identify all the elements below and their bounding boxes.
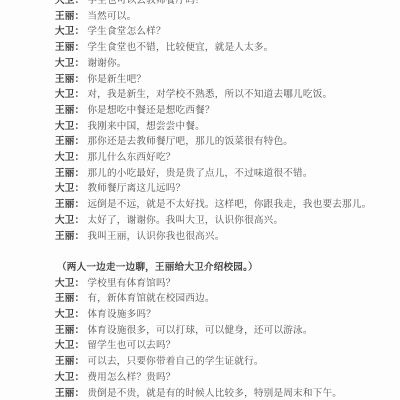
dialogue-text: 学生食堂也不错，比较便宜，就是人太多。 (87, 42, 273, 53)
dialogue-text: 留学生也可以去吗？ (87, 340, 175, 351)
dialogue-line: 大卫：留学生也可以去吗？ (55, 338, 380, 354)
dialogue-line: 王丽：可以去，只要你带着自己的学生证就行。 (55, 354, 380, 370)
dialogue-line: 王丽：那你还是去教师餐厅吧，那儿的饭菜很有特色。 (55, 134, 380, 150)
speaker-label: 大卫： (55, 58, 84, 69)
speaker-label: 大卫： (55, 0, 84, 6)
dialogue-text: 学生食堂怎么样？ (87, 26, 165, 37)
dialogue-line: 大卫：教师餐厅离这儿远吗？ (55, 181, 380, 197)
dialogue-text: 学校里有体育馆吗？ (87, 278, 175, 289)
dialogue-line: 王丽：学生食堂也不错，比较便宜，就是人太多。 (55, 40, 380, 56)
speaker-label: 大卫： (55, 26, 84, 37)
speaker-label: 王丽： (55, 168, 84, 179)
speaker-label: 大卫： (55, 278, 84, 289)
dialogue-transcript: 大卫：学生也可以去教师餐厅吗？王丽：当然可以。大卫：学生食堂怎么样？王丽：学生食… (55, 0, 380, 400)
speaker-label: 大卫： (55, 89, 84, 100)
dialogue-text: 那儿的小吃最好，贵是贵了点儿，不过味道很不错。 (87, 168, 312, 179)
dialogue-text: 费用怎么样？贵吗？ (87, 372, 175, 383)
dialogue-text: 贵倒是不贵，就是有的时候人比较多，特别是周末和下午。 (87, 388, 342, 399)
dialogue-line: 王丽：远倒是不远，就是不太好找。这样吧，你跟我走，我也要去那儿。 (55, 197, 380, 213)
dialogue-line: 王丽：体育设施很多，可以打球，可以健身，还可以游泳。 (55, 323, 380, 339)
speaker-label: 王丽： (55, 356, 84, 367)
dialogue-line: 王丽：你是新生吧？ (55, 72, 380, 88)
dialogue-text: 你是新生吧？ (87, 74, 146, 85)
speaker-label: 王丽： (55, 11, 84, 22)
dialogue-line: 王丽：你是想吃中餐还是想吃西餐？ (55, 103, 380, 119)
dialogue-text: 那儿什么东西好吃？ (87, 152, 175, 163)
speaker-label: 大卫： (55, 372, 84, 383)
dialogue-line: 大卫：对，我是新生，对学校不熟悉，所以不知道去哪儿吃饭。 (55, 87, 380, 103)
dialogue-text: 当然可以。 (87, 11, 136, 22)
dialogue-text: 我刚来中国，想尝尝中餐。 (87, 121, 205, 132)
speaker-label: 王丽： (55, 105, 84, 116)
speaker-label: 王丽： (55, 388, 84, 399)
speaker-label: 王丽： (55, 42, 84, 53)
dialogue-line: 大卫：学生食堂怎么样？ (55, 24, 380, 40)
speaker-label: 大卫： (55, 121, 84, 132)
speaker-label: 大卫： (55, 340, 84, 351)
dialogue-line: 大卫：学校里有体育馆吗？ (55, 276, 380, 292)
dialogue-text: 体育设施很多，可以打球，可以健身，还可以游泳。 (87, 325, 312, 336)
dialogue-text: 学生也可以去教师餐厅吗？ (87, 0, 205, 6)
dialogue-text: 体育设施多吗？ (87, 309, 156, 320)
dialogue-line: 王丽：我叫王丽，认识你我也很高兴。 (55, 229, 380, 245)
speaker-label: 王丽： (55, 136, 84, 147)
dialogue-text: 远倒是不远，就是不太好找。这样吧，你跟我走，我也要去那儿。 (87, 199, 371, 210)
speaker-label: 大卫： (55, 183, 84, 194)
dialogue-text: 谢谢你。 (87, 58, 126, 69)
dialogue-text: 可以去，只要你带着自己的学生证就行。 (87, 356, 263, 367)
stage-text: （两人一边走一边聊，王丽给大卫介绍校园。） (57, 262, 258, 273)
dialogue-line: 大卫：那儿什么东西好吃？ (55, 150, 380, 166)
dialogue-line: 大卫：学生也可以去教师餐厅吗？ (55, 0, 380, 9)
dialogue-text: 那你还是去教师餐厅吧，那儿的饭菜很有特色。 (87, 136, 293, 147)
dialogue-text: 对，我是新生，对学校不熟悉，所以不知道去哪儿吃饭。 (87, 89, 332, 100)
dialogue-text: 你是想吃中餐还是想吃西餐？ (87, 105, 214, 116)
dialogue-text: 我叫王丽，认识你我也很高兴。 (87, 231, 224, 242)
dialogue-line: 大卫：太好了，谢谢你。我叫大卫，认识你很高兴。 (55, 213, 380, 229)
speaker-label: 大卫： (55, 309, 84, 320)
dialogue-line: 大卫：谢谢你。 (55, 56, 380, 72)
document-page: 大卫：学生也可以去教师餐厅吗？王丽：当然可以。大卫：学生食堂怎么样？王丽：学生食… (0, 0, 400, 400)
dialogue-line: 王丽：有，新体育馆就在校园西边。 (55, 291, 380, 307)
dialogue-line: 大卫：我刚来中国，想尝尝中餐。 (55, 119, 380, 135)
speaker-label: 王丽： (55, 199, 84, 210)
dialogue-line: 王丽：贵倒是不贵，就是有的时候人比较多，特别是周末和下午。 (55, 386, 380, 400)
dialogue-line: 王丽：当然可以。 (55, 9, 380, 25)
speaker-label: 王丽： (55, 74, 84, 85)
speaker-label: 王丽： (55, 231, 84, 242)
dialogue-text: 有，新体育馆就在校园西边。 (87, 293, 214, 304)
speaker-label: 王丽： (55, 325, 84, 336)
speaker-label: 大卫： (55, 215, 84, 226)
dialogue-text: 太好了，谢谢你。我叫大卫，认识你很高兴。 (87, 215, 283, 226)
speaker-label: 大卫： (55, 152, 84, 163)
dialogue-line: 大卫：费用怎么样？贵吗？ (55, 370, 380, 386)
stage-direction: （两人一边走一边聊，王丽给大卫介绍校园。） (57, 260, 380, 276)
dialogue-text: 教师餐厅离这儿远吗？ (87, 183, 185, 194)
speaker-label: 王丽： (55, 293, 84, 304)
dialogue-line: 王丽：那儿的小吃最好，贵是贵了点儿，不过味道很不错。 (55, 166, 380, 182)
dialogue-line: 大卫：体育设施多吗？ (55, 307, 380, 323)
